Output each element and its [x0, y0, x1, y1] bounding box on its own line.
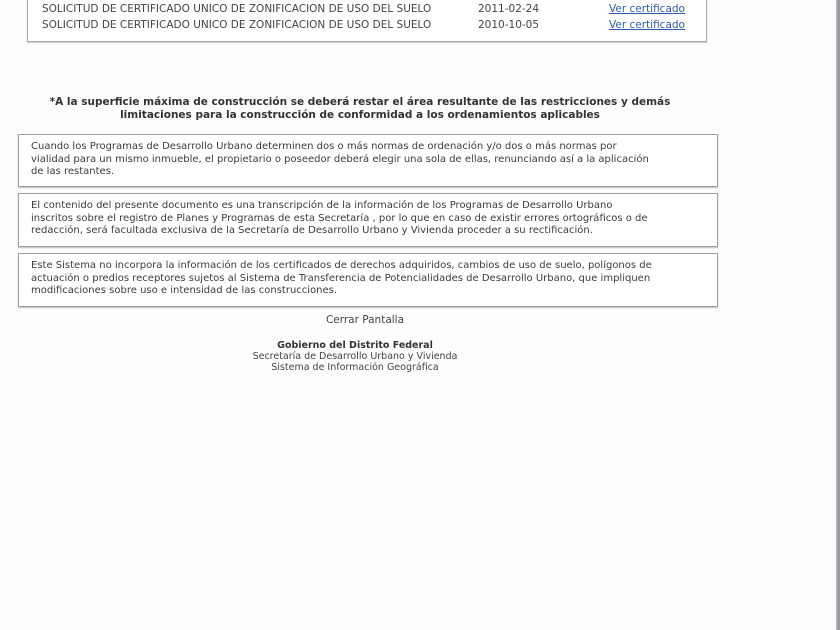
- notice-line: vialidad para un mismo inmueble, el prop…: [31, 154, 711, 167]
- close-screen-link[interactable]: Cerrar Pantalla: [0, 314, 730, 326]
- notice-line: actuación o predios receptores sujetos a…: [31, 273, 711, 286]
- notice-line: Cuando los Programas de Desarrollo Urban…: [31, 141, 711, 154]
- page-edge-divider: [836, 0, 840, 630]
- notice-transcripcion: El contenido del presente documento es u…: [18, 193, 718, 247]
- tramite-cell: SOLICITUD DE CERTIFICADO UNICO DE ZONIFI…: [42, 2, 482, 16]
- certificate-history-table: SOLICITUD DE CERTIFICADO UNICO DE ZONIFI…: [27, 0, 707, 42]
- ver-certificado-link[interactable]: Ver certificado: [609, 18, 685, 32]
- tramite-cell: SOLICITUD DE CERTIFICADO UNICO DE ZONIFI…: [42, 18, 482, 32]
- notice-sistema: Este Sistema no incorpora la información…: [18, 253, 718, 307]
- signature-org: Gobierno del Distrito Federal: [0, 340, 710, 352]
- signature-system: Sistema de Información Geográfica: [0, 362, 710, 374]
- signature-dept: Secretaría de Desarrollo Urbano y Vivien…: [0, 351, 710, 363]
- construction-footnote: *A la superficie máxima de construcción …: [0, 96, 700, 121]
- notice-line: El contenido del presente documento es u…: [31, 200, 711, 213]
- ver-certificado-link[interactable]: Ver certificado: [609, 2, 685, 16]
- notice-normas: Cuando los Programas de Desarrollo Urban…: [18, 134, 718, 187]
- notice-line: Este Sistema no incorpora la información…: [31, 260, 711, 273]
- fecha-cell: 2010-10-05: [478, 18, 558, 32]
- footnote-line: *A la superficie máxima de construcción …: [20, 96, 700, 109]
- notice-line: inscritos sobre el registro de Planes y …: [31, 213, 711, 226]
- notice-line: redacción, será facultada exclusiva de l…: [31, 225, 711, 238]
- notice-line: modificaciones sobre uso e intensidad de…: [31, 285, 711, 298]
- notice-line: de las restantes.: [31, 166, 711, 179]
- fecha-cell: 2011-02-24: [478, 2, 558, 16]
- footnote-line: limitaciones para la construcción de con…: [20, 109, 700, 122]
